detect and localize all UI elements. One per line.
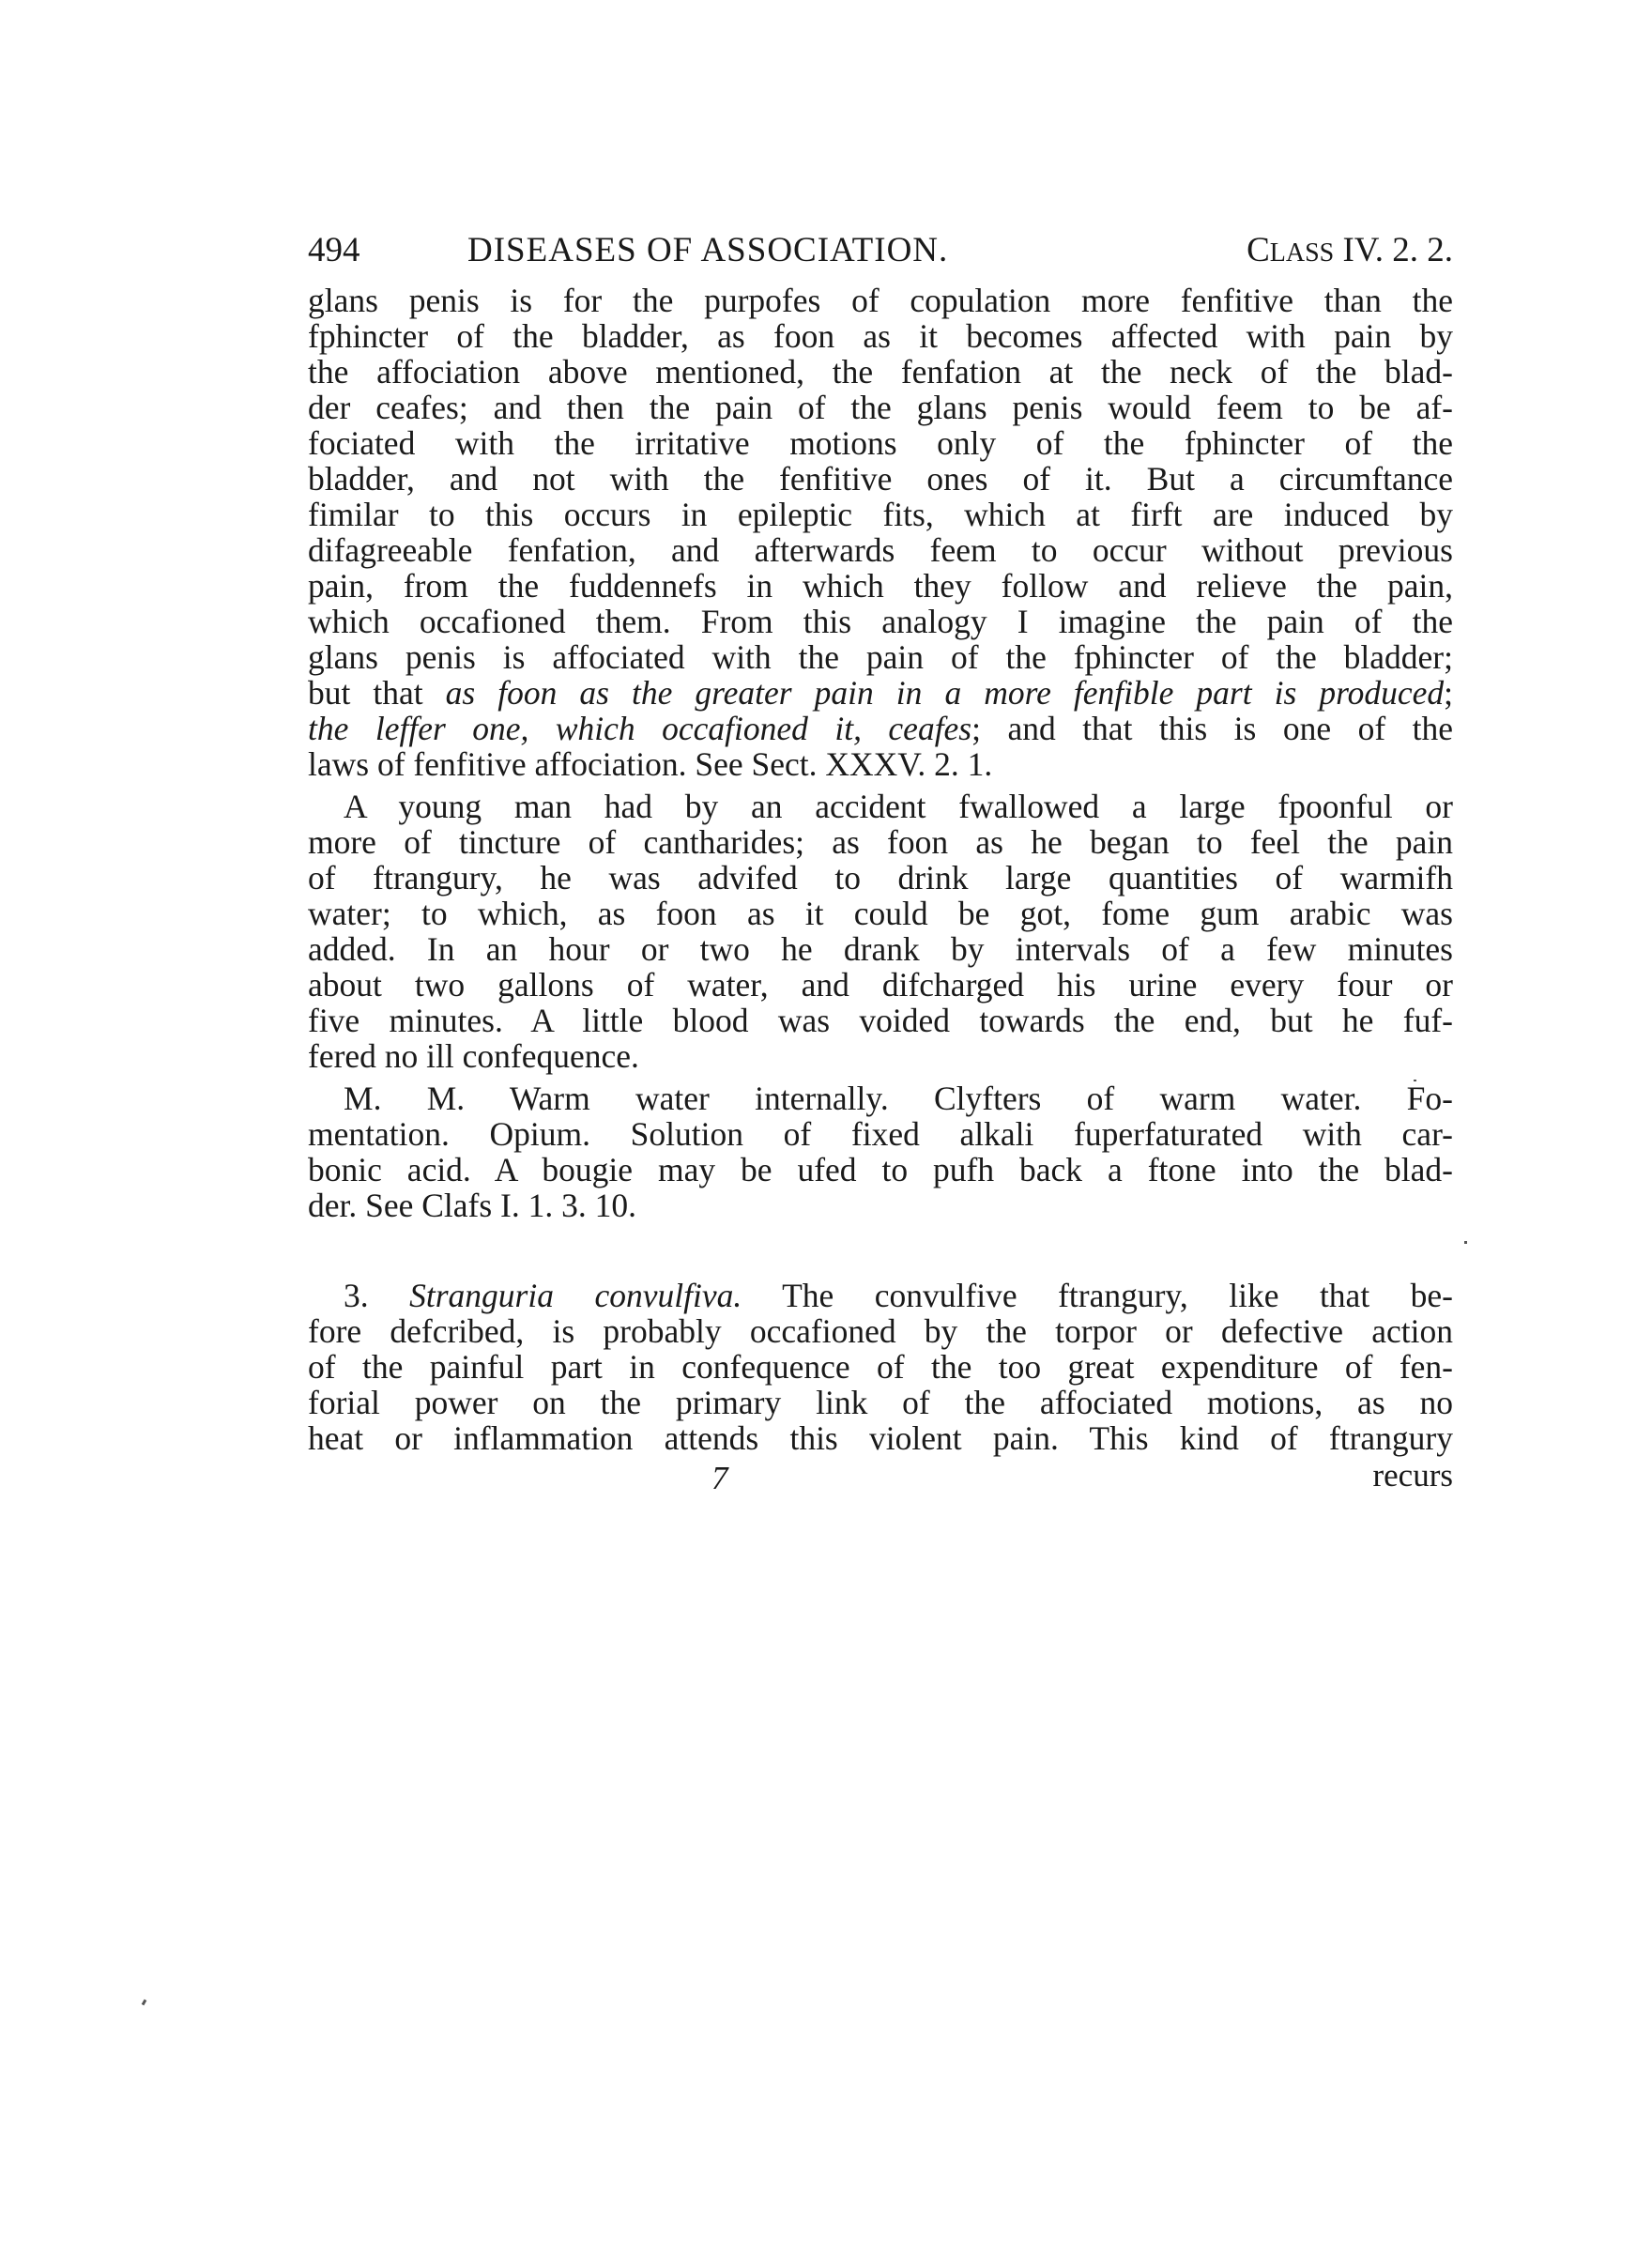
text-line: der. See Clafs I. 1. 3. 10. [308, 1187, 1453, 1224]
book-page: 494 DISEASES OF ASSOCIATION. CLASS IV. 2… [0, 0, 1652, 2253]
class-reference: CLASS IV. 2. 2. [1247, 230, 1453, 270]
text-line: forial power on the primary link of the … [308, 1384, 1453, 1421]
text-line: which occafioned them. From this analogy… [308, 603, 1453, 640]
text-line: laws of fenfitive affociation. See Sect.… [308, 745, 1453, 783]
text-line: fore defcribed, is probably occafioned b… [308, 1312, 1453, 1350]
catchword: recurs [1372, 1457, 1453, 1494]
text-line: heat or inflammation attends this violen… [308, 1419, 1453, 1457]
text-line-with-italic: but that as foon as the greater pain in … [308, 674, 1453, 712]
italic-emphasis: as foon as the greater pain in a more fe… [446, 674, 1444, 712]
text-line: glans penis is for the purpofes of copul… [308, 282, 1453, 319]
text-line: bonic acid. A bougie may be ufed to pufh… [308, 1151, 1453, 1188]
text-line: the affociation above mentioned, the fen… [308, 353, 1453, 391]
text-line: fociated with the irritative motions onl… [308, 424, 1453, 462]
stray-mark [1464, 1241, 1467, 1244]
running-title: DISEASES OF ASSOCIATION. [467, 230, 948, 270]
text-line: fered no ill confequence. [308, 1037, 1453, 1075]
page-number: 494 [308, 230, 360, 270]
text-line: fphincter of the bladder, as foon as it … [308, 317, 1453, 355]
text-line: pain, from the fuddennefs in which they … [308, 567, 1453, 605]
text-line: added. In an hour or two he drank by int… [308, 930, 1453, 968]
text-line: A young man had by an accident fwallowed… [344, 788, 1453, 825]
section-title-italic: Stranguria convulfiva. [409, 1277, 742, 1314]
section-heading-line: 3. Stranguria convulfiva. The convulfive… [344, 1277, 1453, 1314]
text-line: M. M. Warm water internally. Clyfters of… [344, 1080, 1453, 1117]
text-line: glans penis is affociated with the pain … [308, 638, 1453, 676]
text-line: fimilar to this occurs in epileptic fits… [308, 496, 1453, 533]
stray-mark [1414, 1080, 1416, 1081]
text-line: more of tincture of cantharides; as foon… [308, 823, 1453, 861]
text-line: bladder, and not with the fenfitive ones… [308, 460, 1453, 498]
text-line: about two gallons of water, and difcharg… [308, 966, 1453, 1004]
text-line: water; to which, as foon as it could be … [308, 895, 1453, 932]
text-line: five minutes. A little blood was voided … [308, 1002, 1453, 1039]
stray-mark [142, 2000, 147, 2006]
text-line: der ceafes; and then the pain of the gla… [308, 389, 1453, 426]
text-line: of ftrangury, he was advifed to drink la… [308, 859, 1453, 897]
text-line: difagreeable fenfation, and afterwards f… [308, 531, 1453, 569]
italic-emphasis: the leffer one, which occafioned it, cea… [308, 710, 971, 747]
running-header: 494 DISEASES OF ASSOCIATION. CLASS IV. 2… [308, 230, 1453, 277]
signature-mark: 7 [711, 1460, 728, 1497]
text-line: of the painful part in confequence of th… [308, 1348, 1453, 1386]
text-line: mentation. Opium. Solution of fixed alka… [308, 1115, 1453, 1153]
text-line-with-italic: the leffer one, which occafioned it, cea… [308, 710, 1453, 747]
